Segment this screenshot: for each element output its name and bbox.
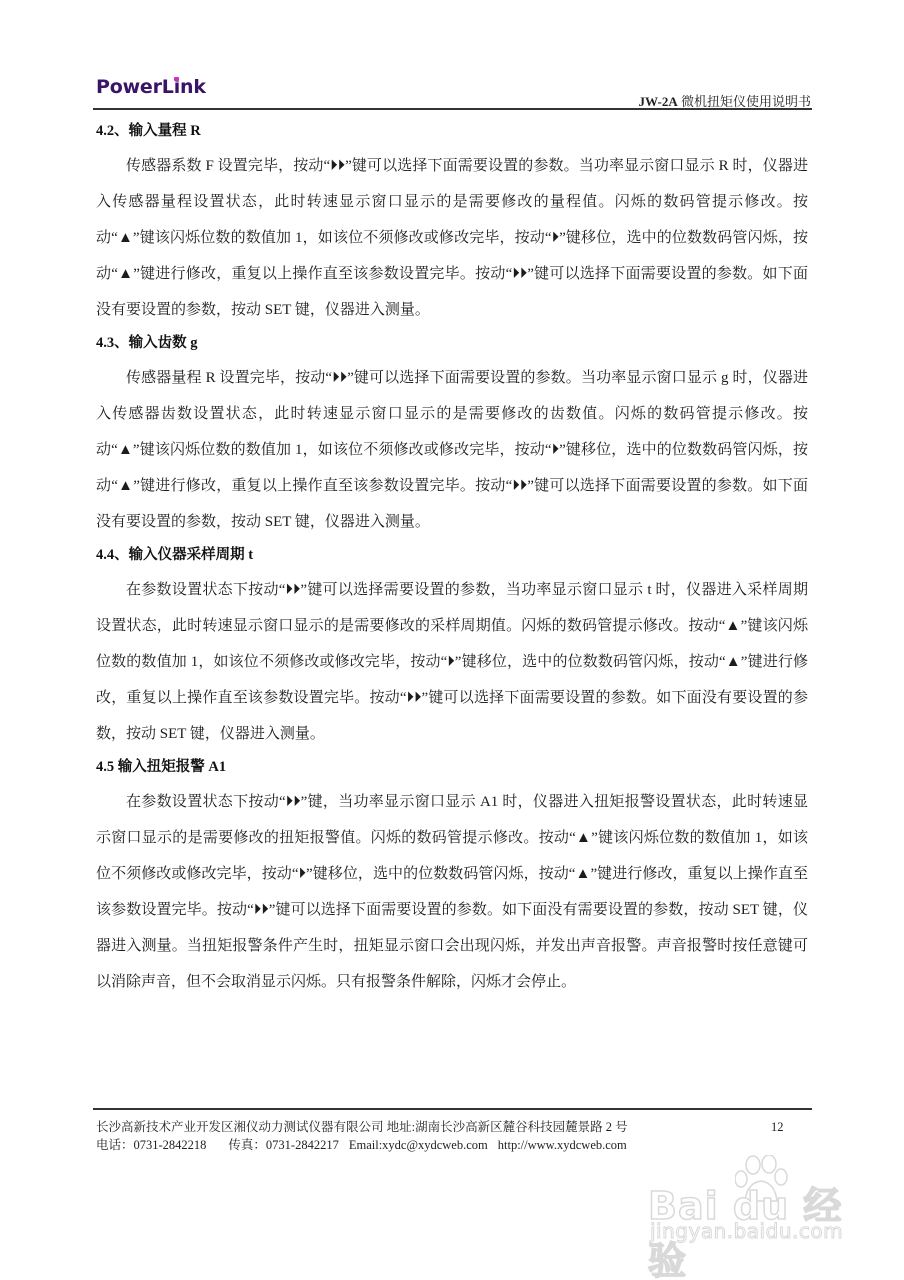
section-paragraph: 传感器系数 F 设置完毕，按动“⏵⏵”键可以选择下面需要设置的参数。当功率显示窗… xyxy=(96,148,808,328)
page-content: 4.2、输入量程 R 传感器系数 F 设置完毕，按动“⏵⏵”键可以选择下面需要设… xyxy=(96,120,808,1000)
section-paragraph: 在参数设置状态下按动“⏵⏵”键可以选择需要设置的参数，当功率显示窗口显示 t 时… xyxy=(96,572,808,752)
powerlink-logo: PowerLink xyxy=(96,76,206,98)
document-code: JW-2A xyxy=(638,94,677,109)
page-number: 12 xyxy=(771,1118,784,1136)
email-address: Email:xydc@xydcweb.com xyxy=(349,1138,488,1152)
website-url: http://www.xydcweb.com xyxy=(498,1138,627,1152)
company-name: 长沙高新技术产业开发区湘仪动力测试仪器有限公司 xyxy=(96,1120,384,1134)
section-4-5: 4.5 输入扭矩报警 A1 在参数设置状态下按动“⏵⏵”键，当功率显示窗口显示 … xyxy=(96,756,808,1000)
section-4-3: 4.3、输入齿数 g 传感器量程 R 设置完毕，按动“⏵⏵”键可以选择下面需要设… xyxy=(96,332,808,540)
company-address: 地址:湖南长沙高新区麓谷科技园麓景路 2 号 xyxy=(387,1120,628,1134)
document-title-text: 微机扭矩仪使用说明书 xyxy=(678,94,811,109)
section-paragraph: 在参数设置状态下按动“⏵⏵”键，当功率显示窗口显示 A1 时，仪器进入扭矩报警设… xyxy=(96,784,808,1000)
section-4-4: 4.4、输入仪器采样周期 t 在参数设置状态下按动“⏵⏵”键可以选择需要设置的参… xyxy=(96,544,808,752)
section-heading: 4.2、输入量程 R xyxy=(96,120,808,142)
baidu-jingyan-watermark: Bai du 经验 jingyan.baidu.com xyxy=(640,1155,870,1245)
footer-line-contact: 电话：0731-2842218传真：0731-2842217Email:xydc… xyxy=(96,1136,806,1154)
section-paragraph: 传感器量程 R 设置完毕，按动“⏵⏵”键可以选择下面需要设置的参数。当功率显示窗… xyxy=(96,360,808,540)
section-4-2: 4.2、输入量程 R 传感器系数 F 设置完毕，按动“⏵⏵”键可以选择下面需要设… xyxy=(96,120,808,328)
footer-divider xyxy=(93,1108,812,1110)
header-divider xyxy=(93,108,812,110)
section-heading: 4.5 输入扭矩报警 A1 xyxy=(96,756,808,778)
logo-text-prefix: PowerL xyxy=(96,76,174,98)
fax-number: 传真：0731-2842217 xyxy=(228,1138,338,1152)
logo-text-suffix: nk xyxy=(180,76,206,98)
page-footer: 长沙高新技术产业开发区湘仪动力测试仪器有限公司 地址:湖南长沙高新区麓谷科技园麓… xyxy=(96,1118,806,1154)
phone-number: 电话：0731-2842218 xyxy=(96,1138,206,1152)
footer-line-company: 长沙高新技术产业开发区湘仪动力测试仪器有限公司 地址:湖南长沙高新区麓谷科技园麓… xyxy=(96,1118,806,1136)
watermark-url: jingyan.baidu.com xyxy=(650,1219,843,1243)
section-heading: 4.3、输入齿数 g xyxy=(96,332,808,354)
section-heading: 4.4、输入仪器采样周期 t xyxy=(96,544,808,566)
logo-dotted-i: i xyxy=(174,76,180,98)
